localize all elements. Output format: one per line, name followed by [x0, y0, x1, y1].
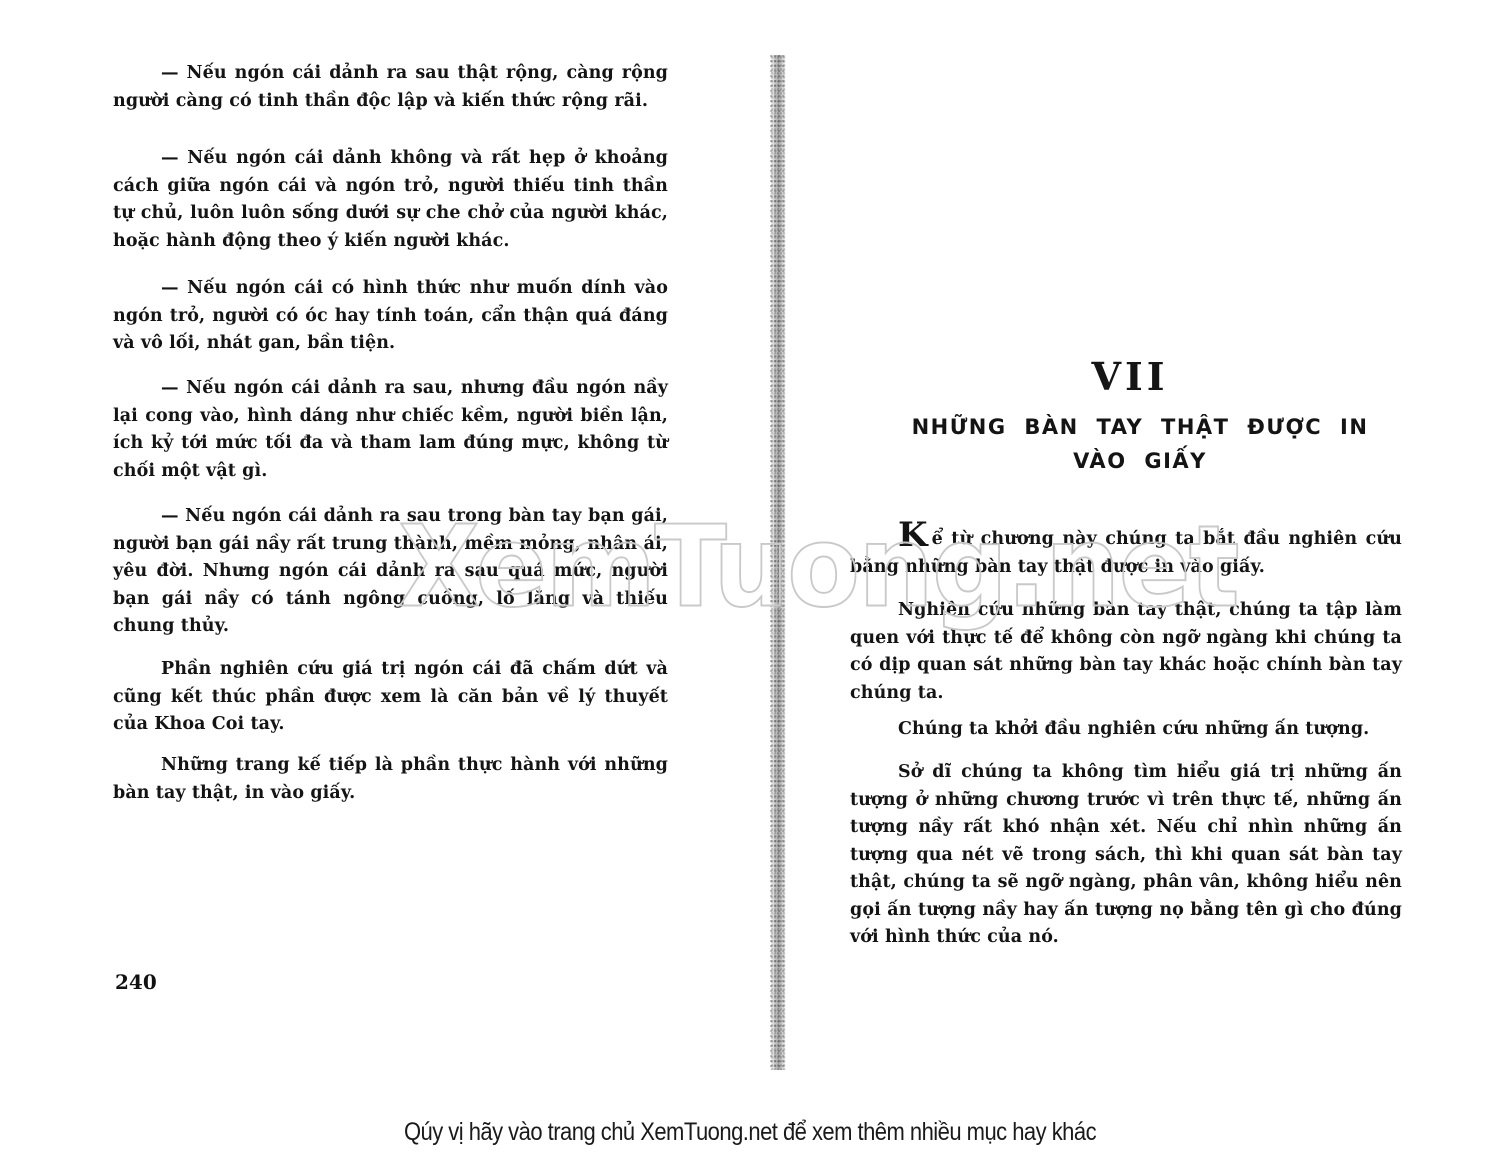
page-number: 240 — [115, 970, 157, 994]
paragraph-text: — Nếu ngón cái có hình thức như muốn dín… — [113, 278, 668, 353]
chapter-title-line: VÀO GIẤY — [850, 444, 1430, 478]
paragraph-text: Phần nghiên cứu giá trị ngón cái đã chấm… — [113, 659, 668, 734]
paragraph: Sở dĩ chúng ta không tìm hiểu giá trị nh… — [850, 759, 1402, 952]
paragraph: Phần nghiên cứu giá trị ngón cái đã chấm… — [113, 656, 668, 739]
paragraph-text: — Nếu ngón cái dảnh ra sau, nhưng đầu ng… — [113, 378, 668, 481]
footer-banner: Qúy vị hãy vào trang chủ XemTuong.net để… — [90, 1118, 1410, 1147]
chapter-number: VII — [850, 354, 1410, 399]
paragraph-text: Chúng ta khởi đầu nghiên cứu những ấn tư… — [898, 719, 1369, 739]
paragraph: — Nếu ngón cái dảnh không và rất hẹp ở k… — [113, 145, 668, 255]
paragraph-text: — Nếu ngón cái dảnh không và rất hẹp ở k… — [113, 148, 668, 251]
paragraph: Nghiên cứu những bàn tay thật, chúng ta … — [850, 597, 1402, 707]
left-book-page: — Nếu ngón cái dảnh ra sau thật rộng, cà… — [0, 0, 760, 1100]
paragraph: — Nếu ngón cái dảnh ra sau, nhưng đầu ng… — [113, 375, 668, 485]
paragraph: Kể từ chương này chúng ta bắt đầu nghiên… — [850, 525, 1402, 581]
paragraph-text: Những trang kế tiếp là phần thực hành vớ… — [113, 755, 668, 803]
paragraph-text: — Nếu ngón cái dảnh ra sau trong bàn tay… — [113, 506, 668, 636]
paragraph-text: ể từ chương này chúng ta bắt đầu nghiên … — [850, 529, 1402, 577]
chapter-title: NHỮNG BÀN TAY THẬT ĐƯỢC IN VÀO GIẤY — [850, 410, 1430, 478]
paragraph: Những trang kế tiếp là phần thực hành vớ… — [113, 752, 668, 807]
paragraph: Chúng ta khởi đầu nghiên cứu những ấn tư… — [850, 716, 1402, 744]
right-book-page: VII NHỮNG BÀN TAY THẬT ĐƯỢC IN VÀO GIẤY … — [770, 0, 1500, 1100]
paragraph: — Nếu ngón cái dảnh ra sau trong bàn tay… — [113, 503, 668, 641]
drop-cap: K — [898, 515, 928, 555]
paragraph-text: Nghiên cứu những bàn tay thật, chúng ta … — [850, 600, 1402, 703]
chapter-title-line: NHỮNG BÀN TAY THẬT ĐƯỢC IN — [850, 410, 1430, 444]
paragraph: — Nếu ngón cái có hình thức như muốn dín… — [113, 275, 668, 358]
paragraph: — Nếu ngón cái dảnh ra sau thật rộng, cà… — [113, 60, 668, 115]
paragraph-text: Sở dĩ chúng ta không tìm hiểu giá trị nh… — [850, 762, 1402, 947]
paragraph-text: — Nếu ngón cái dảnh ra sau thật rộng, cà… — [113, 63, 668, 111]
